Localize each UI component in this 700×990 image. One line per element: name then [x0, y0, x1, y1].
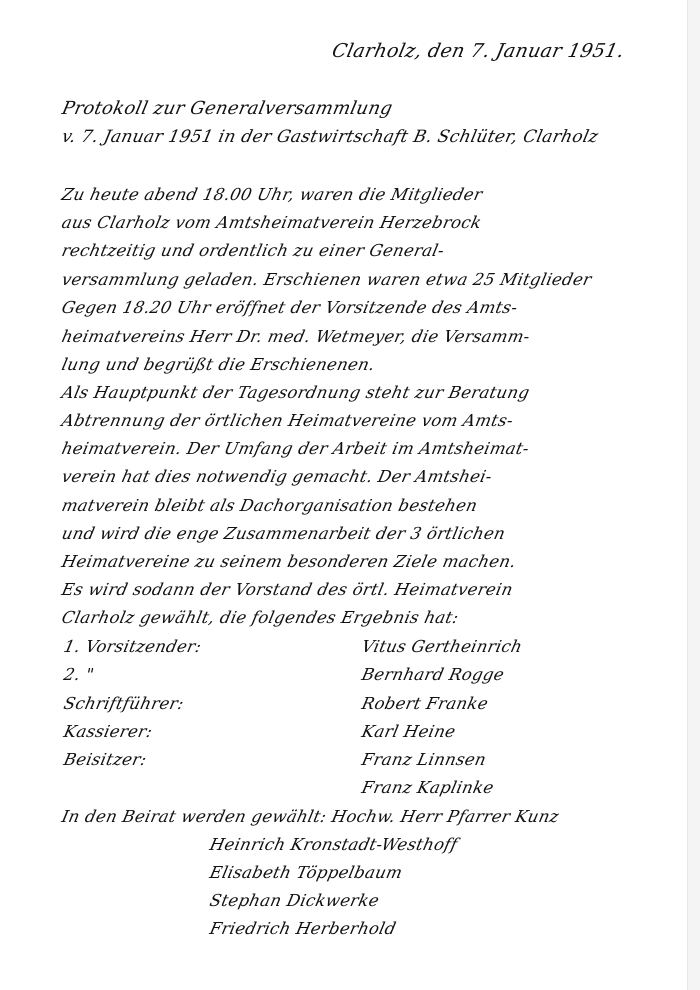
body-line: Zu heute abend 18.00 Uhr, waren die Mitg… [60, 185, 484, 204]
body-line: verein hat dies notwendig gemacht. Der A… [60, 467, 494, 486]
body-line: und wird die enge Zusammenarbeit der 3 ö… [60, 524, 507, 543]
board-role: Beisitzer: [62, 750, 148, 769]
board-role: Schriftführer: [62, 694, 186, 713]
body-line: Clarholz gewählt, die folgendes Ergebnis… [60, 608, 461, 627]
body-line: aus Clarholz vom Amtsheimatverein Herzeb… [60, 213, 483, 232]
document-title-line-2: v. 7. Januar 1951 in der Gastwirtschaft … [60, 127, 600, 147]
board-role: 1. Vorsitzender: [62, 637, 203, 656]
board-member-name: Robert Franke [360, 694, 490, 713]
beirat-member-name: Elisabeth Töppelbaum [208, 863, 404, 882]
board-member-name: Vitus Gertheinrich [360, 637, 524, 656]
board-member-name: Franz Linnsen [360, 750, 488, 769]
body-line: heimatverein. Der Umfang der Arbeit im A… [60, 439, 531, 458]
handwritten-document-page: Clarholz, den 7. Januar 1951. Protokoll … [0, 0, 688, 990]
body-line: lung und begrüßt die Erschienenen. [60, 355, 377, 374]
body-line: matverein bleibt als Dachorganisation be… [60, 496, 479, 515]
board-role: Kassierer: [62, 722, 154, 741]
body-line: Heimatvereine zu seinem besonderen Ziele… [60, 552, 518, 571]
beirat-member-name: Heinrich Kronstadt-Westhoff [208, 835, 459, 854]
body-line: Abtrennung der örtlichen Heimatvereine v… [60, 411, 515, 430]
scan-page-edge [687, 0, 700, 990]
body-line: Gegen 18.20 Uhr eröffnet der Vorsitzende… [60, 298, 519, 317]
body-line: Als Hauptpunkt der Tagesordnung steht zu… [60, 383, 531, 402]
board-member-name: Franz Kaplinke [360, 778, 496, 797]
beirat-intro: In den Beirat werden gewählt: Hochw. Her… [60, 807, 561, 826]
body-line: versammlung geladen. Erschienen waren et… [60, 270, 593, 289]
body-line: Es wird sodann der Vorstand des örtl. He… [60, 580, 515, 599]
board-member-name: Bernhard Rogge [360, 665, 506, 684]
body-line: rechtzeitig und ordentlich zu einer Gene… [60, 241, 446, 260]
place-date: Clarholz, den 7. Januar 1951. [330, 40, 626, 62]
board-role: 2. " [62, 665, 96, 684]
beirat-member-name: Stephan Dickwerke [208, 891, 381, 910]
document-title-line-1: Protokoll zur Generalversammlung [60, 98, 394, 119]
body-line: heimatvereins Herr Dr. med. Wetmeyer, di… [60, 327, 532, 346]
beirat-member-name: Friedrich Herberhold [208, 919, 398, 938]
board-member-name: Karl Heine [360, 722, 457, 741]
